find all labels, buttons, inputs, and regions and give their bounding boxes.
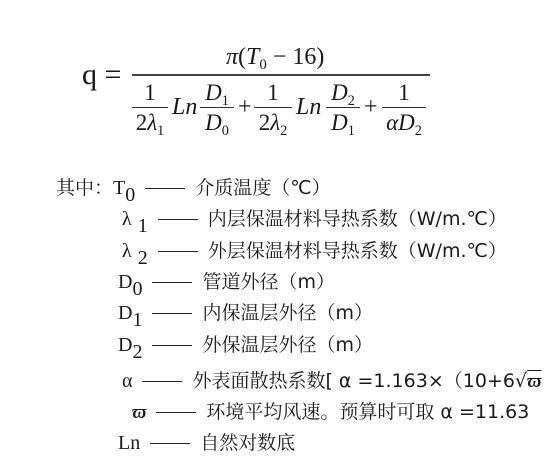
fraction-bar: [254, 107, 292, 108]
em-dash: [142, 381, 182, 382]
symbol: D: [118, 302, 132, 324]
description: 管道外径（m）: [202, 271, 335, 293]
symbol: ϖ: [132, 402, 146, 423]
definition-row-d1: D1内保温层外径（m）: [118, 298, 373, 325]
description: 自然对数底: [200, 432, 295, 454]
symbol: T: [113, 177, 125, 199]
description: 内层保温材料导热系数（W/m.℃）: [208, 208, 507, 230]
term1-ratio-fraction: D1 D0: [200, 80, 234, 136]
term1-coef-den: 2λ1: [132, 110, 168, 136]
definition-row-alpha: α外表面散热系数[ α =1.163×（10+6√ϖ: [122, 366, 541, 393]
open-paren: (: [238, 44, 246, 70]
symbol: λ: [122, 240, 132, 262]
term2-coef-num: 1: [254, 80, 292, 106]
em-dash: [158, 219, 198, 220]
numerator-rest: − 16): [267, 44, 325, 70]
term3-fraction: 1 αD2: [382, 80, 426, 136]
definition-row-omega: ϖ环境平均风速。预算时可取 α =11.63: [132, 397, 529, 424]
symbol: Ln: [118, 432, 140, 454]
term1-ln: Ln: [172, 94, 197, 121]
term2-ln: Ln: [296, 94, 321, 121]
main-fraction-bar: [132, 74, 430, 76]
term1-ratio-den: D0: [200, 110, 234, 136]
plus-sign: +: [364, 94, 378, 121]
em-dash: [158, 251, 198, 252]
symbol: D: [118, 334, 132, 356]
term3-num: 1: [382, 80, 426, 106]
definition-row-t0: 其中：T0介质温度（℃）: [56, 173, 331, 200]
description: 内保温层外径（m）: [202, 302, 373, 324]
description: 外层保温材料导热系数（W/m.℃）: [208, 240, 507, 262]
formula-lhs: q =: [82, 58, 121, 92]
em-dash: [145, 188, 185, 189]
definition-row-d0: D0管道外径（m）: [118, 267, 335, 294]
pi-symbol: π: [226, 44, 238, 70]
symbol: λ: [122, 208, 132, 230]
em-dash: [152, 313, 192, 314]
description: 外表面散热系数[ α =1.163×（10+6: [192, 370, 514, 392]
definition-row-d2: D2外保温层外径（m）: [118, 330, 373, 357]
term3-den: αD2: [382, 110, 426, 136]
em-dash: [156, 412, 196, 413]
t-symbol: T: [246, 44, 259, 70]
symbol: D: [118, 271, 132, 293]
plus-sign: +: [238, 94, 252, 121]
symbol: α: [122, 370, 132, 392]
description: 环境平均风速。预算时可取 α =11.63: [206, 401, 529, 423]
term2-ratio-fraction: D2 D1: [326, 80, 360, 136]
term1-ratio-num: D1: [200, 80, 234, 106]
definition-row-lambda2: λ 2外层保温材料导热系数（W/m.℃）: [122, 236, 507, 263]
intro-label: 其中：: [56, 177, 113, 199]
term1-coef-num: 1: [132, 80, 168, 106]
description: 介质温度（℃）: [195, 177, 330, 199]
fraction-bar: [200, 107, 234, 108]
term1-coef-fraction: 1 2λ1: [132, 80, 168, 136]
definition-row-ln: Ln自然对数底: [118, 428, 295, 455]
term2-ratio-den: D1: [326, 110, 360, 136]
t-subscript: 0: [259, 57, 266, 73]
fraction-bar: [326, 107, 360, 108]
description: 外保温层外径（m）: [202, 334, 373, 356]
em-dash: [150, 443, 190, 444]
fraction-bar: [382, 107, 426, 108]
fraction-bar: [132, 107, 168, 108]
em-dash: [152, 282, 192, 283]
sqrt-icon: √: [515, 370, 527, 392]
term2-ratio-num: D2: [326, 80, 360, 106]
term2-coef-den: 2λ2: [254, 110, 292, 136]
em-dash: [152, 345, 192, 346]
definition-row-lambda1: λ 1内层保温材料导热系数（W/m.℃）: [122, 204, 507, 231]
formula-numerator: π(T0 − 16): [226, 44, 324, 71]
omega-symbol: ϖ: [527, 371, 541, 392]
term2-coef-fraction: 1 2λ2: [254, 80, 292, 136]
